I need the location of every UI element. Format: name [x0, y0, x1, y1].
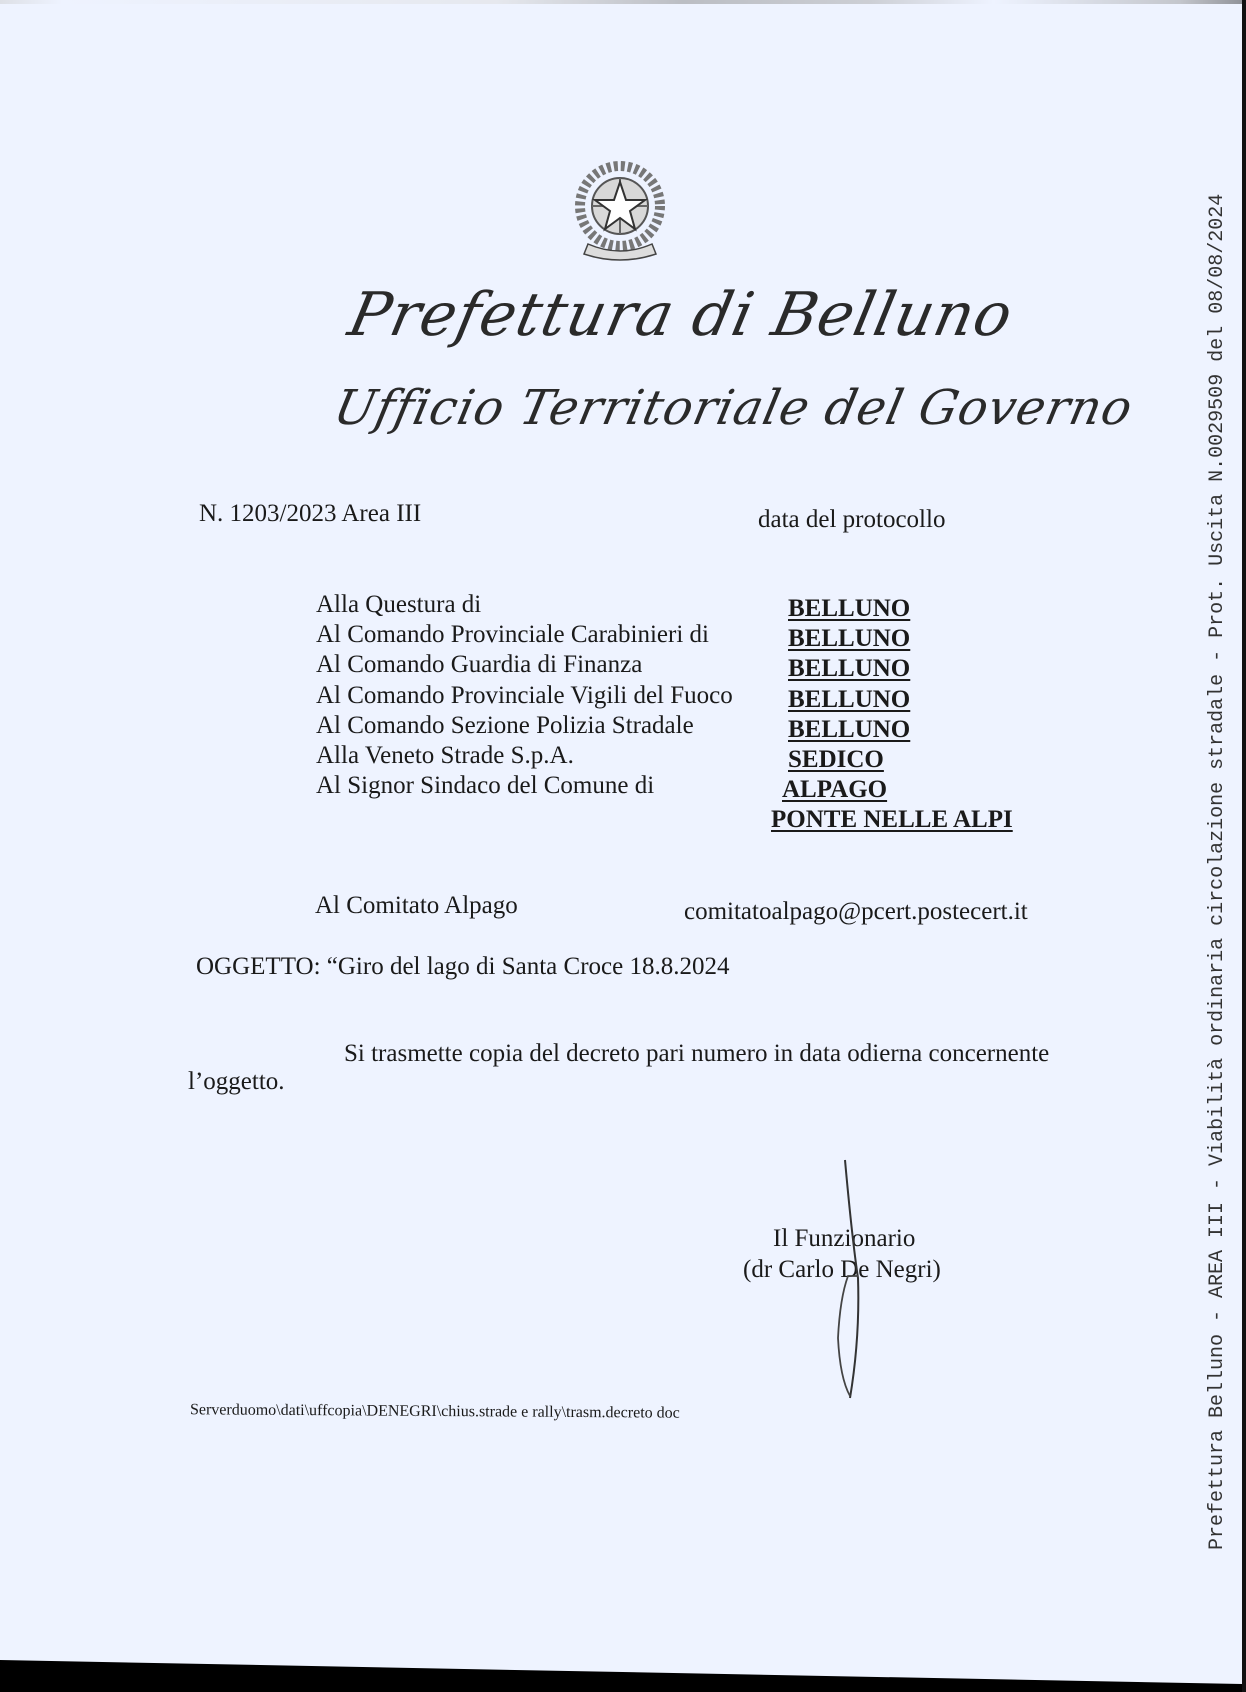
recipient-city: BELLUNO	[788, 595, 910, 622]
recipient-city: SEDICO	[788, 746, 884, 773]
document-page: Prefettura di Belluno Ufficio Territoria…	[0, 0, 1242, 1692]
comitato-pec-email: comitatoalpago@pcert.postecert.it	[684, 898, 1028, 926]
body-text-line-2: l’oggetto.	[188, 1068, 285, 1096]
subject-line: OGGETTO: “Giro del lago di Santa Croce 1…	[196, 953, 729, 981]
recipient-label: Al Comando Guardia di Finanza	[316, 650, 733, 680]
handwritten-signature-icon	[820, 1158, 880, 1408]
recipient-city-list: BELLUNO BELLUNO BELLUNO BELLUNO BELLUNO …	[760, 594, 1013, 836]
recipient-label: Al Comando Sezione Polizia Stradale	[316, 711, 733, 741]
italian-republic-emblem-icon	[568, 158, 672, 266]
recipient-city: BELLUNO	[788, 716, 910, 743]
office-title: Prefettura di Belluno	[343, 280, 1020, 350]
recipient-city: BELLUNO	[788, 655, 910, 682]
file-path-footer: Serverduomo\dati\uffcopia\DENEGRI\chius.…	[190, 1401, 680, 1422]
recipient-label: Al Signor Sindaco del Comune di	[316, 771, 733, 801]
reference-number: N. 1203/2023 Area III	[199, 500, 421, 528]
recipient-label: Al Comando Provinciale Vigili del Fuoco	[316, 681, 733, 711]
scan-edge	[0, 0, 1242, 4]
recipient-city: BELLUNO	[788, 686, 910, 713]
recipient-list: Alla Questura di Al Comando Provinciale …	[316, 590, 733, 801]
recipient-city: BELLUNO	[788, 625, 910, 652]
protocol-date: data del protocollo	[758, 506, 945, 534]
scan-edge-right	[1242, 0, 1246, 1692]
protocol-stamp: Prefettura Belluno - AREA III - Viabilit…	[1206, 194, 1229, 1550]
comitato-recipient: Al Comitato Alpago	[315, 892, 518, 920]
body-text-line-1: Si trasmette copia del decreto pari nume…	[344, 1040, 1049, 1068]
recipient-city: ALPAGO	[782, 776, 887, 803]
recipient-label: Al Comando Provinciale Carabinieri di	[316, 620, 733, 650]
recipient-city: PONTE NELLE ALPI	[771, 806, 1013, 833]
office-subtitle: Ufficio Territoriale del Governo	[329, 380, 1138, 436]
recipient-label: Alla Questura di	[316, 590, 733, 620]
recipient-label: Alla Veneto Strade S.p.A.	[316, 741, 733, 771]
